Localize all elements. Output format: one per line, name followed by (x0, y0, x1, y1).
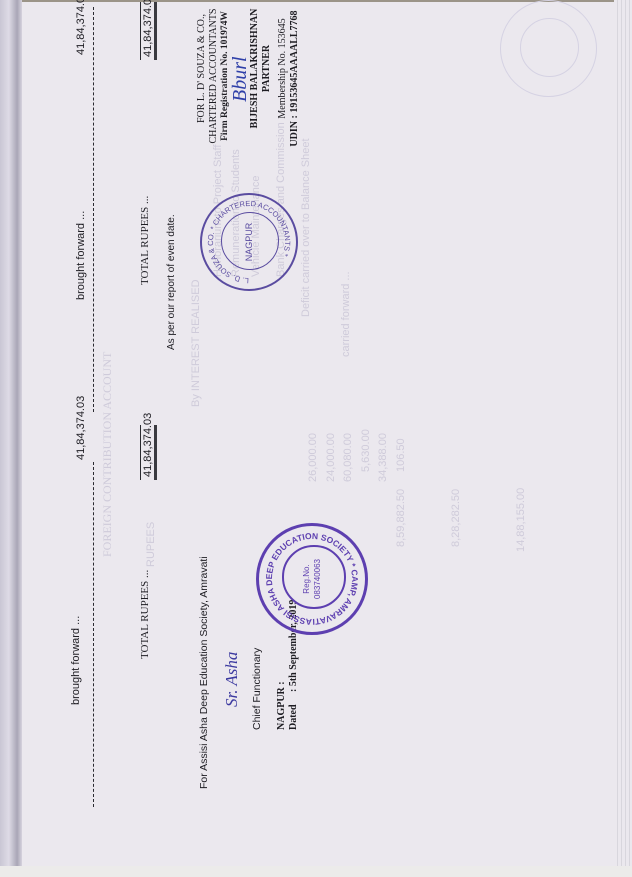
ghost-amount: 24,000.00 (325, 433, 337, 482)
auditor-seal-center: NAGPUR (244, 222, 254, 261)
ghost-heading: FOREIGN CONTRIBUTION ACCOUNT (100, 352, 115, 557)
place-label: NAGPUR : (276, 681, 287, 730)
dotted-rule (93, 7, 94, 412)
partner-name: BIJESH BALAKRISHNAN (249, 0, 260, 137)
ghost-label: RUPEES (145, 522, 157, 567)
partner-title: PARTNER (261, 0, 272, 137)
brought-forward-value-left: 41,84,374.03 (75, 396, 87, 460)
ghost-amount: 60,080.00 (342, 433, 354, 482)
brought-forward-label-right: brought forward ... (75, 211, 87, 300)
brought-forward-label-left: brought forward ... (70, 616, 82, 705)
total-top-rule (140, 425, 141, 480)
ghost-amount: 8,59,882.50 (395, 489, 407, 547)
ghost-amount: 34,388.00 (377, 433, 389, 482)
report-note: As per our report of even date. (166, 214, 177, 350)
ghost-label: carried forward ... (340, 271, 352, 357)
ghost-seal (500, 0, 597, 97)
society-for-line: For Assisi Asha Deep Education Society, … (198, 556, 210, 789)
dated-label: Dated (288, 704, 299, 730)
brought-forward-value-right: 41,84,374.03 (75, 0, 87, 55)
total-top-rule (140, 2, 141, 60)
auditor-firm: FOR L. D' SOUZA & CO., (196, 0, 207, 137)
rotated-document: FOREIGN CONTRIBUTION ACCOUNT Bank Charge… (0, 0, 632, 877)
society-signature: Sr. Asha (222, 652, 242, 707)
udin: UDIN : 19153645AAAALL7768 (289, 0, 300, 157)
society-seal: ASSISI ASHA DEEP EDUCATION SOCIETY * CAM… (256, 523, 368, 635)
scanned-page: FOREIGN CONTRIBUTION ACCOUNT Bank Charge… (0, 0, 632, 877)
society-seal-number: 083740063 (313, 558, 322, 599)
total-double-rule (154, 2, 157, 60)
membership-number: Membership No. 153645 (277, 0, 288, 137)
ghost-amount: 106.50 (395, 438, 407, 472)
ghost-label: Deficit carried over to Balance Sheet (300, 138, 312, 317)
society-designation: Chief Functionary (251, 648, 263, 730)
ghost-amount: 5,630.00 (360, 429, 372, 472)
auditor-firm-type: CHARTERED ACCOUNTANTS (208, 0, 219, 152)
ghost-amount: 14,88,155.00 (515, 488, 527, 552)
dotted-rule (93, 462, 94, 807)
ghost-label: By INTEREST REALISED (190, 279, 202, 407)
total-rupees-label-right: TOTAL RUPEES ... (139, 196, 151, 285)
ghost-amount: 8,28,282.50 (450, 489, 462, 547)
total-rupees-label-left: TOTAL RUPEES ... (139, 570, 151, 659)
auditor-seal: L. D. SOUZA & CO. * CHARTERED ACCOUNTANT… (200, 193, 298, 291)
total-rupees-value-right: 41,84,374.03 (142, 0, 154, 57)
society-seal-reg: Reg.No. (302, 564, 311, 593)
ghost-amount: 26,000.00 (307, 433, 319, 482)
total-rupees-value-left: 41,84,374.03 (142, 413, 154, 477)
total-double-rule (154, 425, 157, 480)
